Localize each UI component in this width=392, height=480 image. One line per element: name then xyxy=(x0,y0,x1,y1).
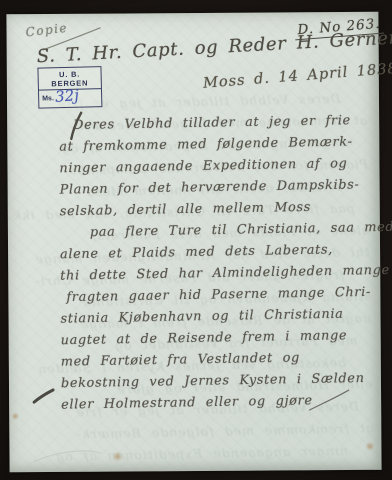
letter-body: Deres Velbhd tillader at jeg er frie at … xyxy=(59,111,381,414)
recipient-line: S. T. Hr. Capt. og Reder H. Gerner xyxy=(36,27,392,67)
stamp-shelf-number: 32j xyxy=(54,86,79,106)
foxing-spot xyxy=(112,452,122,462)
copy-annotation: Copie xyxy=(25,21,69,40)
stamp-shelfmark-row: Ms. 32j xyxy=(39,89,101,108)
stamp-ms-label: Ms. xyxy=(42,95,54,102)
library-stamp: U. B. BERGEN Ms. 32j xyxy=(37,66,102,109)
foxing-spot xyxy=(11,412,19,420)
letter-page: Deres Velbhd tillader at jeg er frieat f… xyxy=(6,12,381,473)
foxing-spot xyxy=(365,442,374,451)
